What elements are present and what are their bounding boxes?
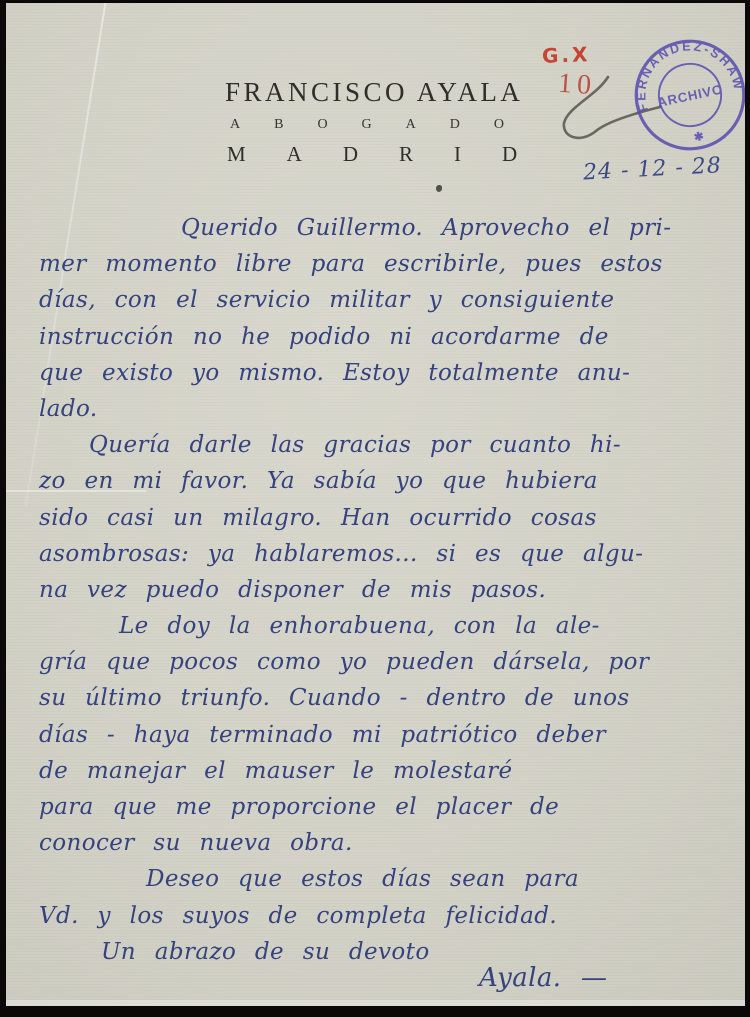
letter-line: asombrosas: ya hablaremos... si es que a… — [39, 536, 745, 572]
stamp-star-icon: ✱ — [693, 130, 705, 145]
letter-line: gría que pocos como yo pueden dársela, p… — [39, 644, 745, 680]
letter-line: que existo yo mismo. Estoy totalmente an… — [39, 355, 745, 391]
letter-line: de manejar el mauser le molestaré — [39, 753, 745, 789]
letter-line: Deseo que estos días sean para — [39, 861, 745, 897]
letter-line: Le doy la enhorabuena, con la ale- — [39, 608, 745, 644]
letter-line: conocer su nueva obra. — [39, 825, 745, 861]
letter-line: zo en mi favor. Ya sabía yo que hubiera — [39, 463, 745, 499]
letterhead-name: FRANCISCO AYALA — [225, 77, 523, 108]
letter-line: lado. — [39, 391, 745, 427]
ink-speck — [436, 185, 442, 192]
letter-line: su último triunfo. Cuando - dentro de un… — [39, 680, 745, 716]
letter-page: FRANCISCO AYALA ABOGADO MADRID G.X 10 FE… — [6, 3, 745, 1006]
letter-line: mer momento libre para escribirle, pues … — [39, 246, 745, 282]
letter-body: Querido Guillermo. Aprovecho el pri- mer… — [39, 210, 745, 998]
letter-line: instrucción no he podido ni acordarme de — [39, 319, 745, 355]
paper-bottom-edge — [6, 1000, 745, 1006]
letterhead-profession: ABOGADO — [230, 117, 538, 133]
letter-line: Vd. y los suyos de completa felicidad. — [39, 898, 745, 934]
signature: Ayala. — — [479, 958, 745, 998]
letter-line: para que me proporcione el placer de — [39, 789, 745, 825]
letter-line: na vez puedo disponer de mis pasos. — [39, 572, 745, 608]
letter-line: días, con el servicio militar y consigui… — [39, 282, 745, 318]
letter-line: Querido Guillermo. Aprovecho el pri- — [39, 210, 745, 246]
red-classification-code: G.X — [542, 42, 591, 68]
letter-line: Quería darle las gracias por cuanto hi- — [39, 427, 745, 463]
letter-line: sido casi un milagro. Han ocurrido cosas — [39, 500, 745, 536]
stamp-center-text: ARCHIVO — [656, 81, 724, 110]
letter-line: días - haya terminado mi patriótico debe… — [39, 717, 745, 753]
letterhead-city: MADRID — [227, 142, 558, 167]
